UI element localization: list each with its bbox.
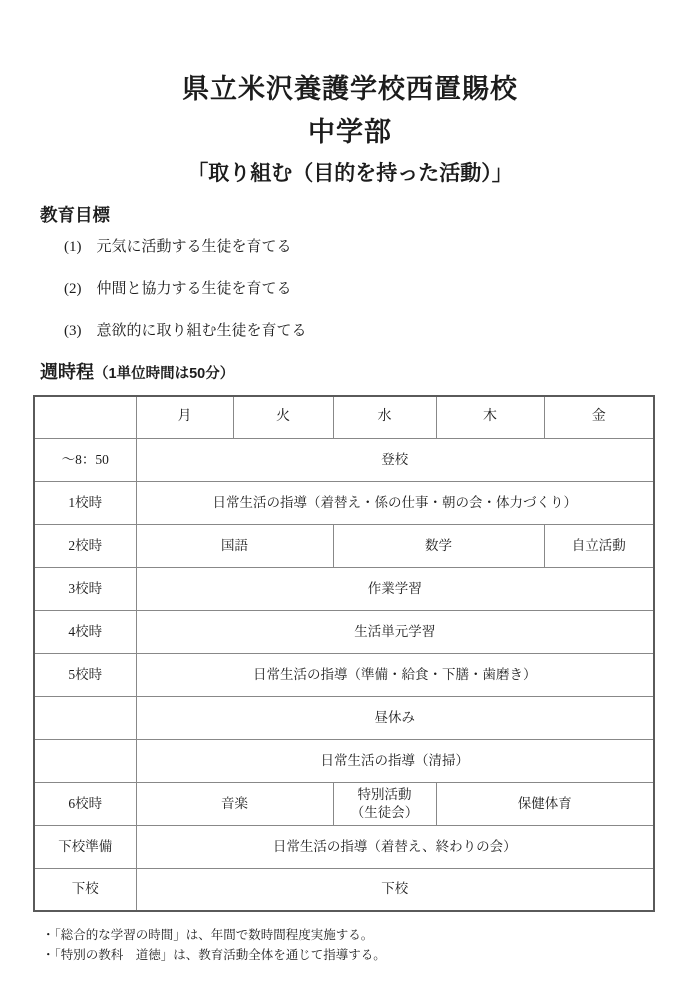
goal-item-1: (1) 元気に活動する生徒を育てる — [64, 238, 700, 257]
document-page: 県立米沢養護学校西置賜校 中学部 「取り組む（目的を持った活動）」 教育目標 (… — [0, 0, 700, 989]
schedule-table-body: 月火水木金～8：50登校1校時日常生活の指導（着替え・係の仕事・朝の会・体力づく… — [34, 396, 654, 911]
schedule-day-header: 火 — [233, 396, 333, 438]
schedule-time-cell: 1校時 — [34, 481, 136, 524]
schedule-activity-cell: 保健体育 — [436, 782, 654, 825]
schedule-row: 6校時音楽特別活動 （生徒会）保健体育 — [34, 782, 654, 825]
schedule-activity-cell: 生活単元学習 — [136, 610, 654, 653]
schedule-row: ～8：50登校 — [34, 438, 654, 481]
schedule-heading-main: 週時程 — [40, 362, 94, 382]
schedule-row: 4校時生活単元学習 — [34, 610, 654, 653]
footnote-1: ・「総合的な学習の時間」は、年間で数時間程度実施する。 — [42, 925, 700, 945]
schedule-row: 下校下校 — [34, 868, 654, 911]
schedule-activity-cell: 国語 — [136, 524, 333, 567]
schedule-time-cell: ～8：50 — [34, 438, 136, 481]
schedule-time-cell: 2校時 — [34, 524, 136, 567]
schedule-day-header: 月 — [136, 396, 233, 438]
goal-item-3: (3) 意欲的に取り組む生徒を育てる — [64, 322, 700, 341]
schedule-time-cell — [34, 696, 136, 739]
schedule-day-header: 金 — [544, 396, 654, 438]
footnote-2: ・「特別の教科 道徳」は、教育活動全体を通じて指導する。 — [42, 945, 700, 965]
schedule-row: 3校時作業学習 — [34, 567, 654, 610]
schedule-activity-cell: 自立活動 — [544, 524, 654, 567]
schedule-time-cell — [34, 739, 136, 782]
schedule-activity-cell: 下校 — [136, 868, 654, 911]
footnotes: ・「総合的な学習の時間」は、年間で数時間程度実施する。 ・「特別の教科 道徳」は… — [42, 925, 700, 965]
schedule-activity-cell: 数学 — [333, 524, 544, 567]
schedule-corner-cell — [34, 396, 136, 438]
schedule-row: 2校時国語数学自立活動 — [34, 524, 654, 567]
school-motto: 「取り組む（目的を持った活動）」 — [0, 161, 700, 187]
schedule-activity-cell: 日常生活の指導（着替え、終わりの会） — [136, 825, 654, 868]
schedule-row: 1校時日常生活の指導（着替え・係の仕事・朝の会・体力づくり） — [34, 481, 654, 524]
page-title: 県立米沢養護学校西置賜校 — [0, 0, 700, 106]
schedule-activity-cell: 特別活動 （生徒会） — [333, 782, 436, 825]
schedule-activity-cell: 日常生活の指導（準備・給食・下膳・歯磨き） — [136, 653, 654, 696]
goals-heading: 教育目標 — [40, 204, 700, 226]
schedule-activity-cell: 登校 — [136, 438, 654, 481]
schedule-time-cell: 4校時 — [34, 610, 136, 653]
schedule-time-cell: 下校準備 — [34, 825, 136, 868]
goal-item-2: (2) 仲間と協力する生徒を育てる — [64, 280, 700, 299]
schedule-activity-cell: 日常生活の指導（着替え・係の仕事・朝の会・体力づくり） — [136, 481, 654, 524]
schedule-row: 日常生活の指導（清掃） — [34, 739, 654, 782]
schedule-activity-cell: 作業学習 — [136, 567, 654, 610]
schedule-header-row: 月火水木金 — [34, 396, 654, 438]
schedule-time-cell: 下校 — [34, 868, 136, 911]
schedule-row: 5校時日常生活の指導（準備・給食・下膳・歯磨き） — [34, 653, 654, 696]
schedule-heading-note: （1単位時間は50分） — [94, 366, 234, 382]
schedule-activity-cell: 日常生活の指導（清掃） — [136, 739, 654, 782]
schedule-time-cell: 5校時 — [34, 653, 136, 696]
schedule-row: 下校準備日常生活の指導（着替え、終わりの会） — [34, 825, 654, 868]
schedule-time-cell: 3校時 — [34, 567, 136, 610]
schedule-day-header: 水 — [333, 396, 436, 438]
schedule-time-cell: 6校時 — [34, 782, 136, 825]
division-title: 中学部 — [0, 115, 700, 149]
schedule-activity-cell: 昼休み — [136, 696, 654, 739]
goals-list: (1) 元気に活動する生徒を育てる (2) 仲間と協力する生徒を育てる (3) … — [64, 238, 700, 341]
schedule-row: 昼休み — [34, 696, 654, 739]
schedule-heading: 週時程（1単位時間は50分） — [40, 360, 700, 386]
schedule-day-header: 木 — [436, 396, 544, 438]
schedule-table: 月火水木金～8：50登校1校時日常生活の指導（着替え・係の仕事・朝の会・体力づく… — [33, 395, 655, 912]
schedule-activity-cell: 音楽 — [136, 782, 333, 825]
